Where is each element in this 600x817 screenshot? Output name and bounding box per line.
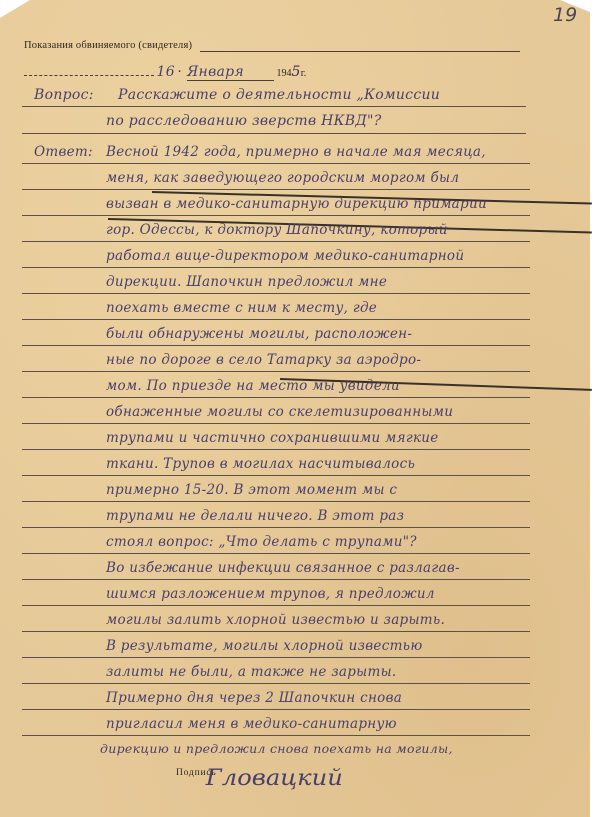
date-month: Января <box>187 64 274 81</box>
ruled-line <box>22 163 530 164</box>
question-line: Расскажите о деятельности „Комиссии <box>118 87 440 103</box>
ruled-line <box>22 449 530 450</box>
answer-line: ткани. Трупов в могилах насчитывалось <box>106 456 415 472</box>
question-label: Вопрос: <box>34 87 94 103</box>
answer-line: залиты не были, а также не зарыты. <box>106 664 396 680</box>
ruled-line <box>22 709 530 710</box>
answer-line: поехать вместе с ним к месту, где <box>106 300 377 316</box>
answer-line: В результате, могилы хлорной известью <box>106 638 423 654</box>
ruled-line <box>22 605 530 606</box>
ruled-line <box>22 475 530 476</box>
ruled-line <box>22 345 530 346</box>
ruled-line <box>22 683 530 684</box>
ruled-line <box>22 397 530 398</box>
ruled-line <box>22 553 530 554</box>
answer-line: дирекцию и предложил снова поехать на мо… <box>100 741 453 756</box>
answer-line: гор. Одессы, к доктору Шапочкину, которы… <box>106 222 448 238</box>
answer-label: Ответ: <box>34 144 93 160</box>
answer-line: пригласил меня в медико-санитарную <box>106 716 397 732</box>
ruled-line <box>22 267 530 268</box>
question-line: по расследованию зверств НКВД"? <box>106 113 382 129</box>
answer-line: обнаженные могилы со скелетизированными <box>106 404 453 420</box>
ruled-line <box>22 106 526 107</box>
ruled-line <box>22 371 530 372</box>
answer-line: дирекции. Шапочкин предложил мне <box>106 274 387 290</box>
answer-line: мом. По приезде на место мы увидели <box>106 378 400 394</box>
answer-line: Весной 1942 года, примерно в начале мая … <box>106 144 486 160</box>
answer-line: трупами и частично сохранившими мягкие <box>106 430 439 446</box>
signature: Гловацкий <box>206 766 343 791</box>
answer-line: ные по дороге в село Татарку за аэродро- <box>106 352 421 368</box>
ruled-line <box>22 423 530 424</box>
ruled-line <box>22 293 530 294</box>
answer-line: были обнаружены могилы, расположен- <box>106 326 412 342</box>
ruled-line <box>22 631 530 632</box>
ruled-line <box>22 241 530 242</box>
answer-line: могилы залить хлорной известью и зарыть. <box>106 612 445 628</box>
answer-line: примерно 15-20. В этот момент мы с <box>106 482 397 498</box>
date-year-printed: 194 <box>277 68 292 79</box>
answer-line: Во избежание инфекции связанное с разлаг… <box>106 560 460 576</box>
date-line: 16 · Января 1945г. <box>24 64 306 80</box>
ruled-line <box>22 189 530 190</box>
form-header-label: Показания обвиняемого (свидетеля) <box>24 40 192 51</box>
ruled-line <box>22 501 530 502</box>
answer-line: Примерно дня через 2 Шапочкин снова <box>106 690 402 706</box>
ruled-line <box>22 657 530 658</box>
page-number: 19 <box>553 4 577 26</box>
form-header-line <box>200 51 520 52</box>
ruled-line <box>22 319 530 320</box>
answer-line: вызван в медико-санитарную дирекцию прим… <box>106 196 487 212</box>
answer-line: работал вице-директором медико-санитарно… <box>106 248 464 264</box>
answer-line: трупами не делали ничего. В этот раз <box>106 508 404 524</box>
answer-line: меня, как заведующего городским моргом б… <box>106 170 459 186</box>
answer-line: шимся разложением трупов, я предложил <box>106 586 435 602</box>
ruled-line <box>22 735 530 736</box>
ruled-line <box>22 215 530 216</box>
ruled-line <box>22 579 530 580</box>
ruled-line <box>22 527 530 528</box>
date-year-handwritten: 5 <box>292 64 301 80</box>
ruled-line <box>22 133 526 134</box>
answer-line: стоял вопрос: „Что делать с трупами"? <box>106 534 417 550</box>
date-suffix: г. <box>301 68 306 79</box>
date-day: 16 <box>157 64 175 80</box>
